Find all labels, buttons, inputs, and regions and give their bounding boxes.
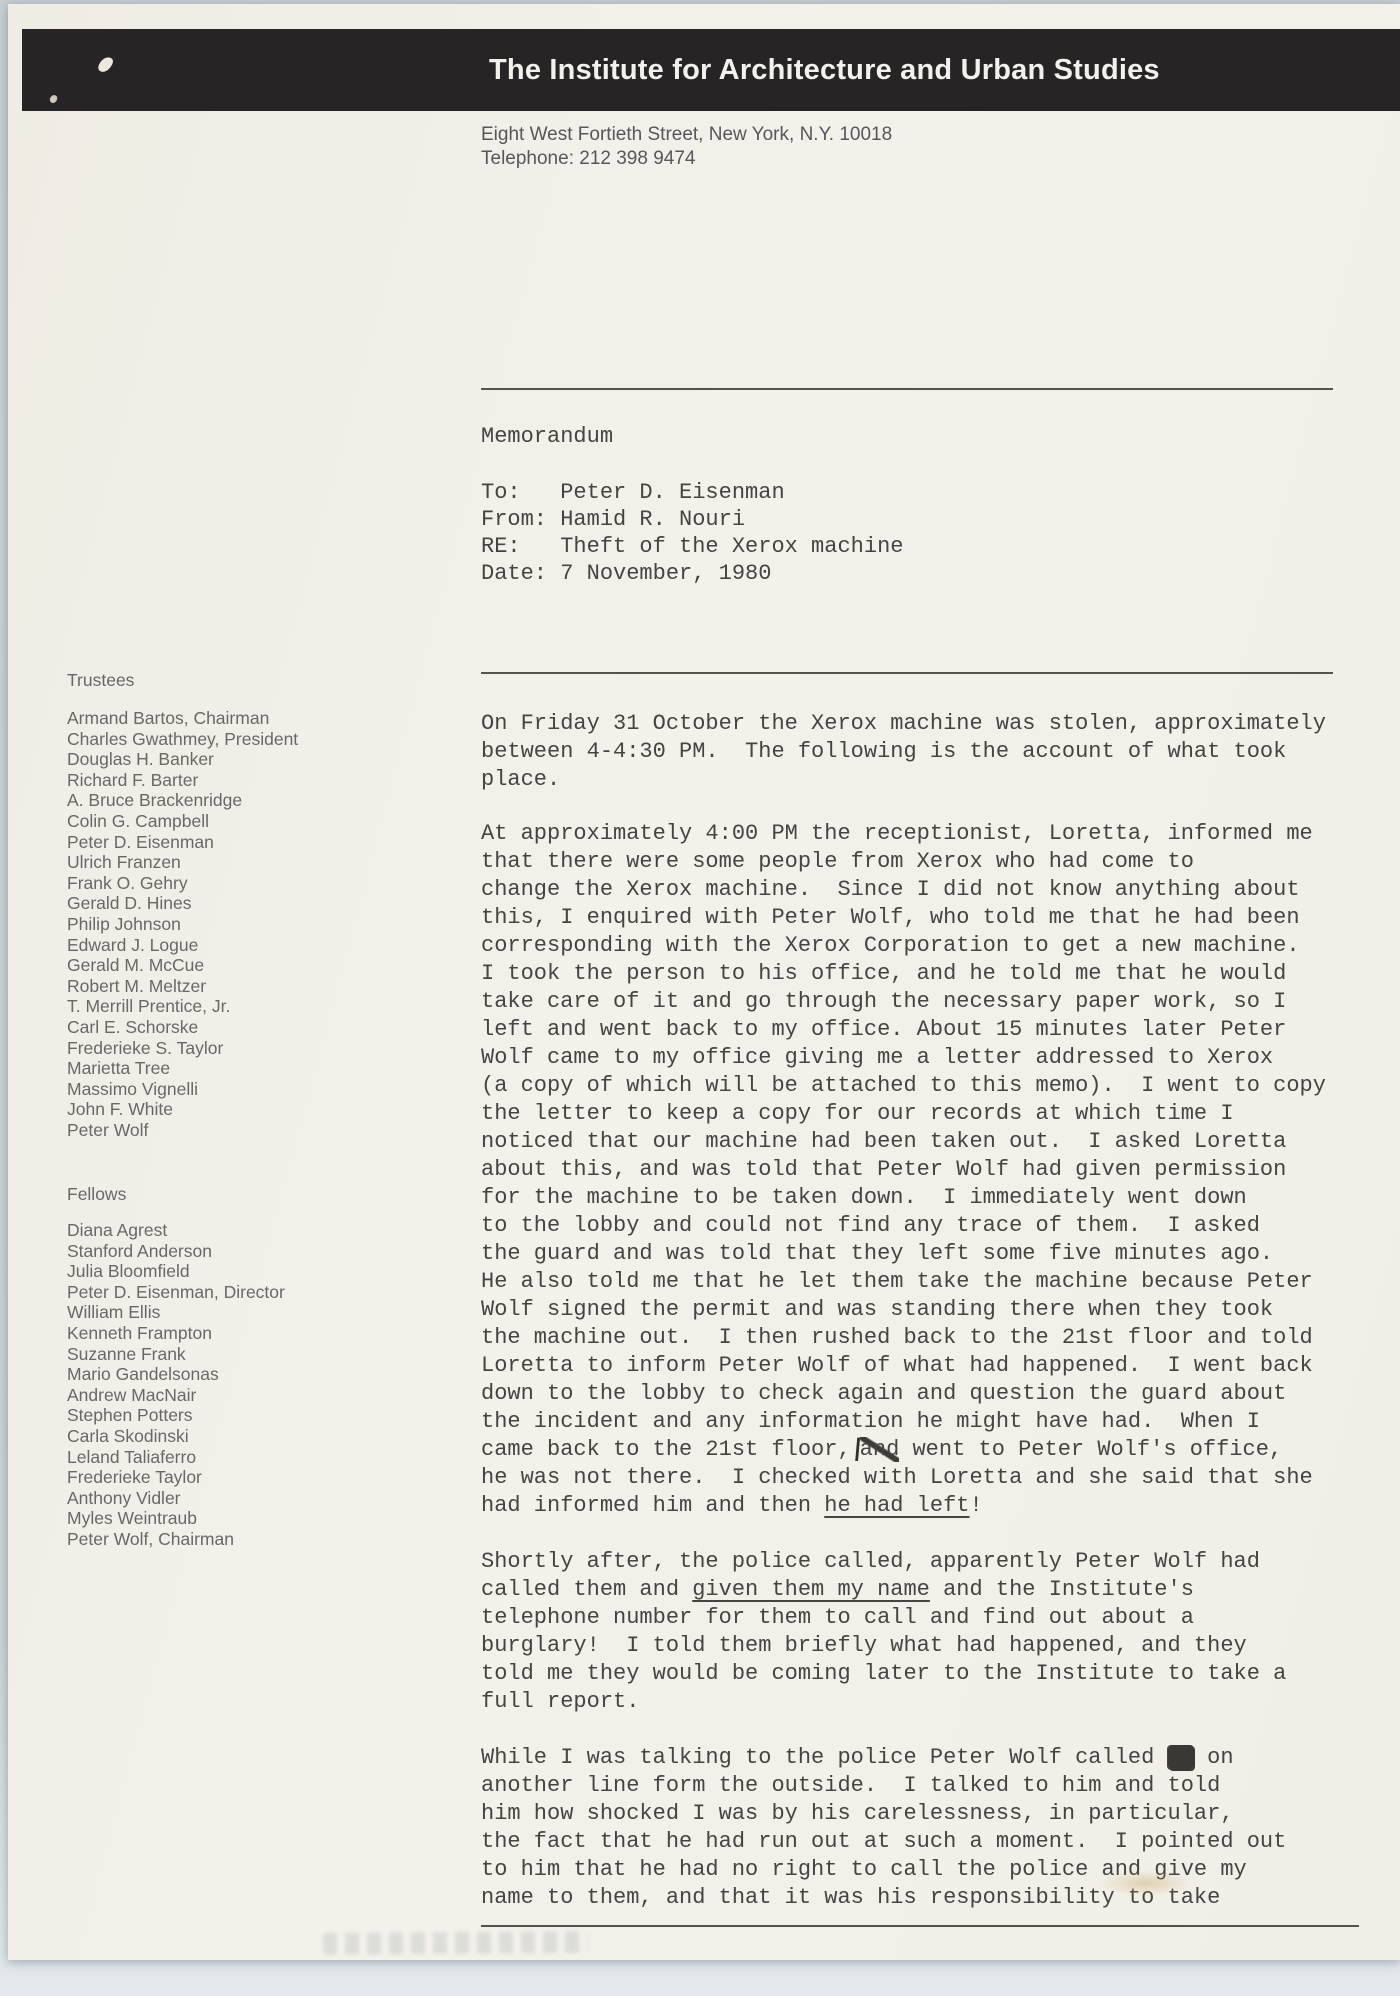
- body-line: the guard and was told that they left so…: [481, 1240, 1326, 1268]
- letterhead-bar: The Institute for Architecture and Urban…: [22, 29, 1400, 111]
- fellow-name: Peter Wolf, Chairman: [67, 1529, 285, 1550]
- trustee-name: A. Bruce Brackenridge: [67, 790, 298, 811]
- trustee-name: John F. White: [67, 1099, 298, 1120]
- body-text: him how shocked I was by his carelessnes…: [481, 1801, 1234, 1826]
- body-line: While I was talking to the police Peter …: [481, 1744, 1286, 1772]
- body-text: Wolf signed the permit and was standing …: [481, 1297, 1273, 1322]
- body-line: full report.: [481, 1688, 1286, 1716]
- body-line: left and went back to my office. About 1…: [481, 1016, 1326, 1044]
- body-line: to the lobby and could not find any trac…: [481, 1212, 1326, 1240]
- fellow-name: Anthony Vidler: [67, 1488, 285, 1509]
- body-line: the machine out. I then rushed back to t…: [481, 1324, 1326, 1352]
- body-text: told me they would be coming later to th…: [481, 1661, 1286, 1686]
- body-line: the fact that he had run out at such a m…: [481, 1828, 1286, 1856]
- body-text: the guard and was told that they left so…: [481, 1241, 1273, 1266]
- body-line: that there were some people from Xerox w…: [481, 848, 1326, 876]
- paper-speck: [96, 54, 115, 74]
- trustee-name: Armand Bartos, Chairman: [67, 708, 298, 729]
- body-text: down to the lobby to check again and que…: [481, 1381, 1286, 1406]
- body-line: the letter to keep a copy for our record…: [481, 1100, 1326, 1128]
- body-text: burglary! I told them briefly what had h…: [481, 1633, 1247, 1658]
- body-text: he was not there. I checked with Loretta…: [481, 1465, 1313, 1490]
- fellow-name: Stephen Potters: [67, 1405, 285, 1426]
- body-line: Shortly after, the police called, appare…: [481, 1548, 1286, 1576]
- trustees-list: Armand Bartos, ChairmanCharles Gwathmey,…: [67, 708, 298, 1140]
- body-text: left and went back to my office. About 1…: [481, 1017, 1286, 1042]
- body-text: had informed him and then: [481, 1493, 824, 1518]
- body-paragraph: At approximately 4:00 PM the receptionis…: [481, 820, 1326, 1520]
- body-text: full report.: [481, 1689, 639, 1714]
- body-text: the letter to keep a copy for our record…: [481, 1101, 1234, 1126]
- fellow-name: Leland Taliaferro: [67, 1447, 285, 1468]
- body-line: he was not there. I checked with Loretta…: [481, 1464, 1326, 1492]
- underlined-phrase: he had left: [824, 1493, 969, 1518]
- trustee-name: Marietta Tree: [67, 1058, 298, 1079]
- body-line: called them and given them my name and t…: [481, 1576, 1286, 1604]
- divider-rule: [481, 1925, 1359, 1927]
- memo-field-line: To: Peter D. Eisenman: [481, 479, 903, 506]
- body-text: take care of it and go through the neces…: [481, 989, 1286, 1014]
- fellow-name: Mario Gandelsonas: [67, 1364, 285, 1385]
- memo-header-fields: To: Peter D. EisenmanFrom: Hamid R. Nour…: [481, 479, 903, 587]
- redacted-word: me: [1168, 1745, 1194, 1770]
- fellow-name: William Ellis: [67, 1302, 285, 1323]
- body-text: came back to the 21st floor,: [481, 1437, 851, 1462]
- bleed-through-text: [323, 1931, 588, 1955]
- memo-field-line: Date: 7 November, 1980: [481, 560, 903, 587]
- body-line: came back to the 21st floor,|and went to…: [481, 1436, 1326, 1464]
- trustee-name: T. Merrill Prentice, Jr.: [67, 996, 298, 1017]
- trustee-name: Robert M. Meltzer: [67, 976, 298, 997]
- body-text: At approximately 4:00 PM the receptionis…: [481, 821, 1313, 846]
- body-text: and the Institute's: [930, 1577, 1194, 1602]
- trustee-name: Gerald M. McCue: [67, 955, 298, 976]
- body-line: (a copy of which will be attached to thi…: [481, 1072, 1326, 1100]
- trustee-name: Carl E. Schorske: [67, 1017, 298, 1038]
- body-paragraph: On Friday 31 October the Xerox machine w…: [481, 710, 1326, 794]
- body-line: told me they would be coming later to th…: [481, 1660, 1286, 1688]
- strikethrough-word: and: [860, 1437, 900, 1462]
- body-text: another line form the outside. I talked …: [481, 1773, 1220, 1798]
- handwritten-insert-mark: |: [849, 1434, 861, 1465]
- body-line: Loretta to inform Peter Wolf of what had…: [481, 1352, 1326, 1380]
- trustee-name: Edward J. Logue: [67, 935, 298, 956]
- body-text: for the machine to be taken down. I imme…: [481, 1185, 1247, 1210]
- body-text: Shortly after, the police called, appare…: [481, 1549, 1260, 1574]
- body-text: that there were some people from Xerox w…: [481, 849, 1194, 874]
- scanned-memo-page: The Institute for Architecture and Urban…: [0, 0, 1400, 1996]
- body-line: between 4-4:30 PM. The following is the …: [481, 738, 1326, 766]
- body-text: on: [1194, 1745, 1234, 1770]
- body-line: Wolf signed the permit and was standing …: [481, 1296, 1326, 1324]
- fellow-name: Julia Bloomfield: [67, 1261, 285, 1282]
- trustee-name: Frank O. Gehry: [67, 873, 298, 894]
- phone-line: Telephone: 212 398 9474: [481, 147, 892, 171]
- body-text: He also told me that he let them take th…: [481, 1269, 1313, 1294]
- body-text: place.: [481, 767, 560, 792]
- letterhead-address: Eight West Fortieth Street, New York, N.…: [481, 123, 892, 171]
- fellow-name: Peter D. Eisenman, Director: [67, 1282, 285, 1303]
- body-text: On Friday 31 October the Xerox machine w…: [481, 711, 1326, 736]
- body-line: down to the lobby to check again and que…: [481, 1380, 1326, 1408]
- body-line: him how shocked I was by his carelessnes…: [481, 1800, 1286, 1828]
- address-line: Eight West Fortieth Street, New York, N.…: [481, 123, 892, 147]
- trustee-name: Ulrich Franzen: [67, 852, 298, 873]
- trustee-name: Philip Johnson: [67, 914, 298, 935]
- body-line: change the Xerox machine. Since I did no…: [481, 876, 1326, 904]
- fellow-name: Myles Weintraub: [67, 1508, 285, 1529]
- body-text: !: [970, 1493, 983, 1518]
- paper-sheet: The Institute for Architecture and Urban…: [8, 4, 1400, 1960]
- body-line: another line form the outside. I talked …: [481, 1772, 1286, 1800]
- body-text: this, I enquired with Peter Wolf, who to…: [481, 905, 1300, 930]
- body-text: While I was talking to the police Peter …: [481, 1745, 1168, 1770]
- paper-speck: [49, 94, 58, 104]
- fellow-name: Stanford Anderson: [67, 1241, 285, 1262]
- body-text: between 4-4:30 PM. The following is the …: [481, 739, 1286, 764]
- body-line: this, I enquired with Peter Wolf, who to…: [481, 904, 1326, 932]
- body-text: the incident and any information he migh…: [481, 1409, 1260, 1434]
- body-line: Wolf came to my office giving me a lette…: [481, 1044, 1326, 1072]
- body-line: noticed that our machine had been taken …: [481, 1128, 1326, 1156]
- fellow-name: Kenneth Frampton: [67, 1323, 285, 1344]
- body-line: about this, and was told that Peter Wolf…: [481, 1156, 1326, 1184]
- trustee-name: Frederieke S. Taylor: [67, 1038, 298, 1059]
- body-line: had informed him and then he had left!: [481, 1492, 1326, 1520]
- body-text: corresponding with the Xerox Corporation…: [481, 933, 1300, 958]
- body-text: Loretta to inform Peter Wolf of what had…: [481, 1353, 1313, 1378]
- body-line: I took the person to his office, and he …: [481, 960, 1326, 988]
- body-text: to the lobby and could not find any trac…: [481, 1213, 1260, 1238]
- body-line: On Friday 31 October the Xerox machine w…: [481, 710, 1326, 738]
- body-text: the fact that he had run out at such a m…: [481, 1829, 1286, 1854]
- memo-field-line: From: Hamid R. Nouri: [481, 506, 903, 533]
- body-text: telephone number for them to call and fi…: [481, 1605, 1194, 1630]
- body-line: for the machine to be taken down. I imme…: [481, 1184, 1326, 1212]
- body-line: corresponding with the Xerox Corporation…: [481, 932, 1326, 960]
- trustee-name: Charles Gwathmey, President: [67, 729, 298, 750]
- fellow-name: Carla Skodinski: [67, 1426, 285, 1447]
- memo-field-line: RE: Theft of the Xerox machine: [481, 533, 903, 560]
- body-text: noticed that our machine had been taken …: [481, 1129, 1286, 1154]
- fellow-name: Suzanne Frank: [67, 1344, 285, 1365]
- body-line: take care of it and go through the neces…: [481, 988, 1326, 1016]
- body-text: went to Peter Wolf's office,: [899, 1437, 1282, 1462]
- trustee-name: Douglas H. Banker: [67, 749, 298, 770]
- fellows-list: Diana AgrestStanford AndersonJulia Bloom…: [67, 1220, 285, 1550]
- divider-rule: [481, 672, 1333, 674]
- body-line: At approximately 4:00 PM the receptionis…: [481, 820, 1326, 848]
- body-line: He also told me that he let them take th…: [481, 1268, 1326, 1296]
- trustee-name: Richard F. Barter: [67, 770, 298, 791]
- body-text: about this, and was told that Peter Wolf…: [481, 1157, 1286, 1182]
- memo-title: Memorandum: [481, 424, 613, 449]
- trustee-name: Gerald D. Hines: [67, 893, 298, 914]
- body-text: I took the person to his office, and he …: [481, 961, 1286, 986]
- body-paragraph: Shortly after, the police called, appare…: [481, 1548, 1286, 1716]
- trustees-heading: Trustees: [67, 670, 134, 691]
- org-name: The Institute for Architecture and Urban…: [489, 29, 1160, 111]
- trustee-name: Colin G. Campbell: [67, 811, 298, 832]
- body-text: called them and: [481, 1577, 692, 1602]
- body-line: place.: [481, 766, 1326, 794]
- body-text: (a copy of which will be attached to thi…: [481, 1073, 1326, 1098]
- body-text: Wolf came to my office giving me a lette…: [481, 1045, 1273, 1070]
- body-text: change the Xerox machine. Since I did no…: [481, 877, 1300, 902]
- body-text: the machine out. I then rushed back to t…: [481, 1325, 1313, 1350]
- paper-stain: [1098, 1870, 1193, 1896]
- fellow-name: Diana Agrest: [67, 1220, 285, 1241]
- fellow-name: Andrew MacNair: [67, 1385, 285, 1406]
- trustee-name: Peter Wolf: [67, 1120, 298, 1141]
- body-line: burglary! I told them briefly what had h…: [481, 1632, 1286, 1660]
- body-line: the incident and any information he migh…: [481, 1408, 1326, 1436]
- trustee-name: Massimo Vignelli: [67, 1079, 298, 1100]
- divider-rule: [481, 388, 1333, 390]
- fellows-heading: Fellows: [67, 1184, 126, 1205]
- trustee-name: Peter D. Eisenman: [67, 832, 298, 853]
- body-line: telephone number for them to call and fi…: [481, 1604, 1286, 1632]
- fellow-name: Frederieke Taylor: [67, 1467, 285, 1488]
- underlined-phrase: given them my name: [692, 1577, 930, 1602]
